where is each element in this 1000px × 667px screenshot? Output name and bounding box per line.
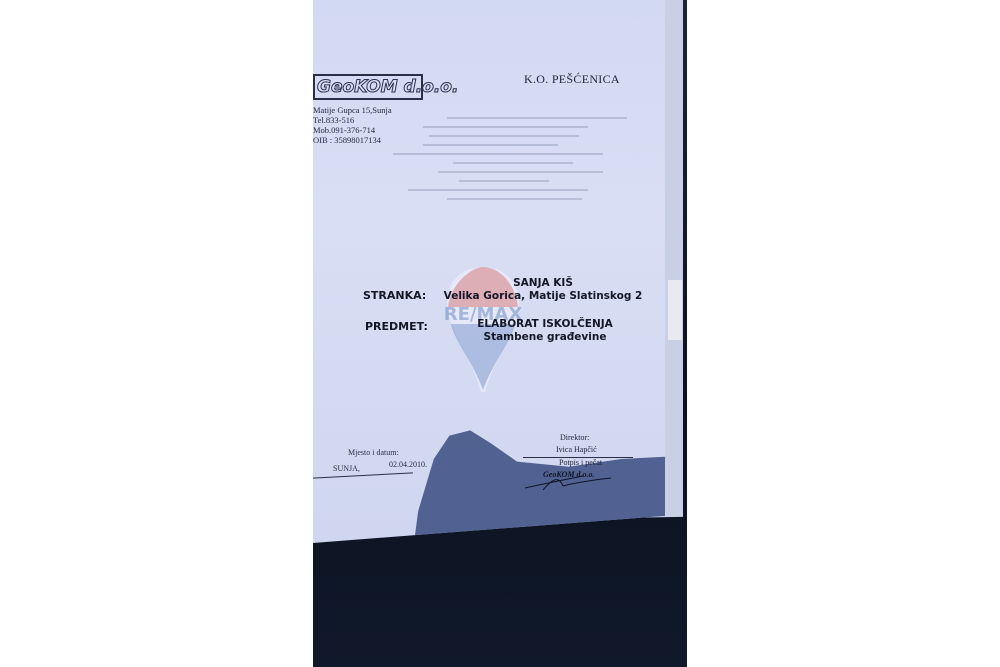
client-name: SANJA KIŠ <box>423 277 663 290</box>
director-name: Ivica Hapčić <box>556 445 597 454</box>
company-logo: GeoKOM d.o.o. <box>313 74 423 100</box>
place-date-label: Mjesto i datum: <box>348 448 399 457</box>
sleeve-tab <box>668 280 682 340</box>
director-label: Direktor: <box>560 433 589 442</box>
document-page: GeoKOM d.o.o. Matije Gupca 15,Sunja Tel.… <box>313 0 665 543</box>
subject-line2: Stambene građevine <box>425 331 665 344</box>
subject-label: PREDMET: <box>365 320 428 333</box>
place: SUNJA, <box>333 464 360 473</box>
cadastral-municipality: K.O. PEŠĆENICA <box>524 72 620 87</box>
signature-line-left <box>313 472 413 478</box>
stamp-label: Potpis i pečat <box>559 458 602 467</box>
signature <box>523 470 613 492</box>
date: 02.04.2010. <box>389 460 427 469</box>
document-photo: GeoKOM d.o.o. Matije Gupca 15,Sunja Tel.… <box>313 0 687 667</box>
subject-line1: ELABORAT ISKOLČENJA <box>425 318 665 331</box>
client-label: STRANKA: <box>363 289 426 302</box>
client-address: Velika Gorica, Matije Slatinskog 2 <box>423 290 663 303</box>
